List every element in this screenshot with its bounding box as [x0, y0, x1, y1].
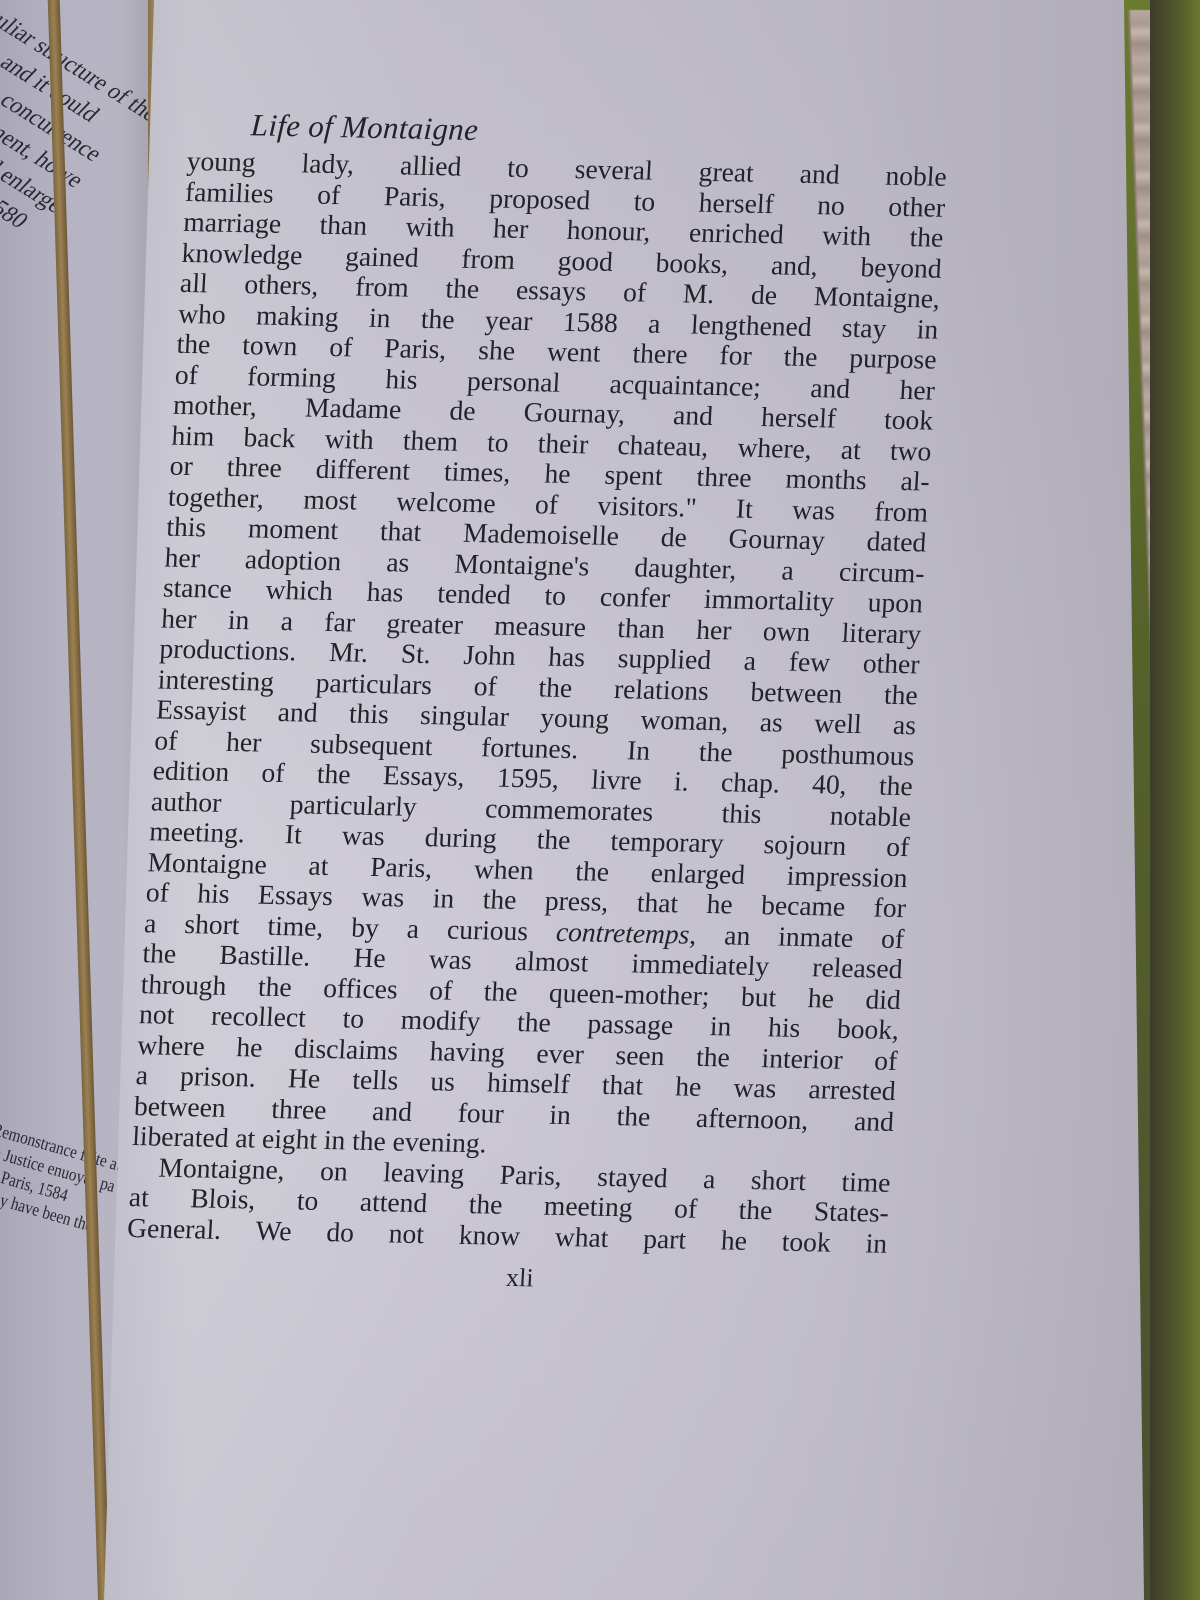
text-segment: , an inmate of: [689, 918, 905, 953]
main-page-text: Life of Montaigne young lady, allied to …: [124, 106, 950, 1301]
page-shadow: [1150, 0, 1200, 1600]
italic-term: contretemps: [555, 915, 690, 949]
